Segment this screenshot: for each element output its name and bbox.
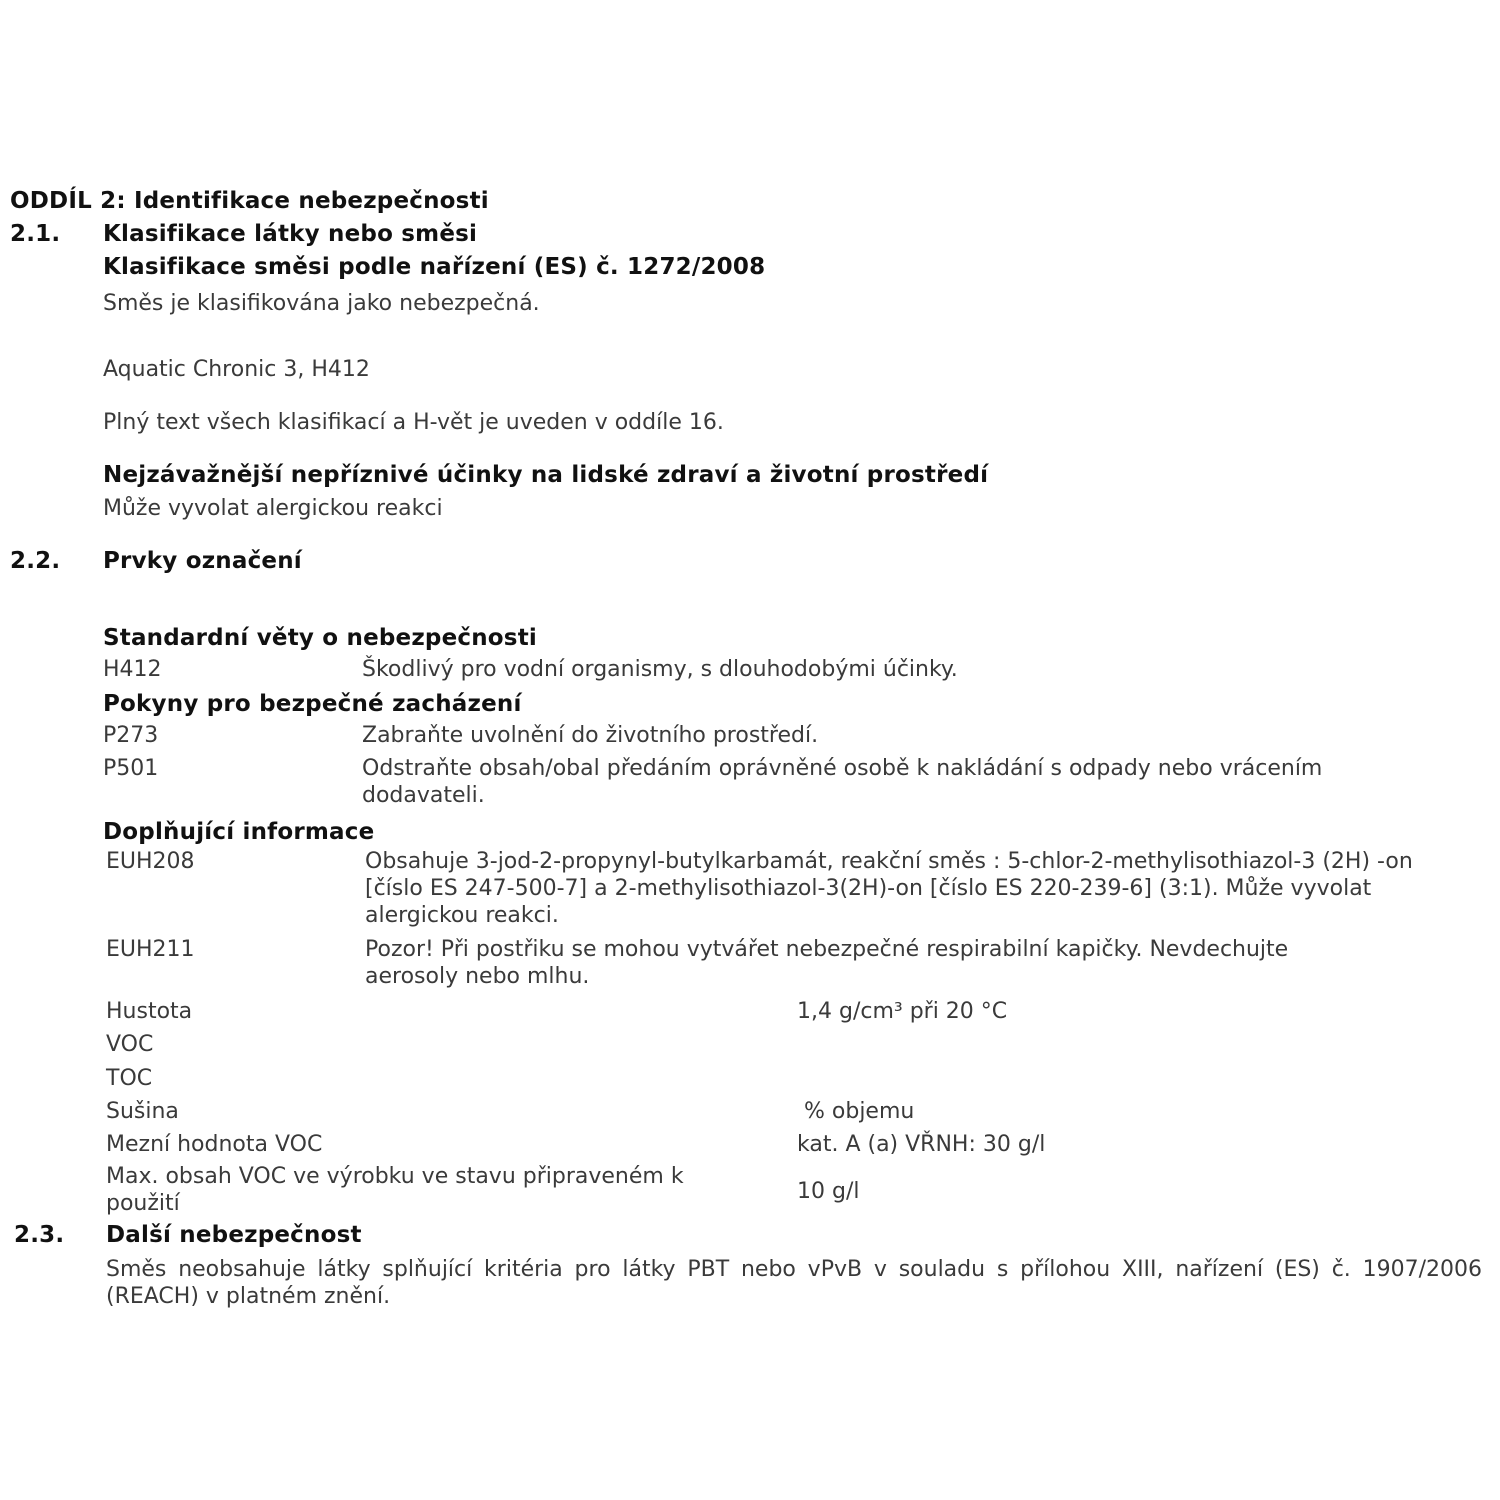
supplemental-heading: Doplňující informace [103,818,374,846]
fulltext-note: Plný text všech klasifikací a H-vět je u… [103,409,724,436]
classification-value: Aquatic Chronic 3, H412 [103,356,370,383]
classified-text: Směs je klasifikována jako nebezpečná. [103,290,540,317]
precautionary-heading: Pokyny pro bezpečné zacházení [103,690,522,718]
supplemental-code: EUH211 [106,936,195,963]
supplemental-text: Pozor! Při postřiku se mohou vytvářet ne… [365,936,1375,990]
property-value: % objemu [797,1098,914,1125]
property-label: TOC [106,1065,152,1092]
section-2-3-text: Směs neobsahuje látky splňující kritéria… [106,1256,1482,1310]
precaution-text: Odstraňte obsah/obal předáním oprávněné … [362,755,1392,809]
supplemental-code: EUH208 [106,848,195,875]
property-value: 10 g/l [797,1178,859,1205]
precaution-code: P501 [103,755,158,782]
precaution-code: P273 [103,722,158,749]
property-label: Hustota [106,998,192,1025]
property-value: kat. A (a) VŘNH: 30 g/l [797,1131,1045,1158]
section-2-1-number: 2.1. [10,220,60,248]
section-2-3-number: 2.3. [14,1221,64,1249]
precaution-text: Zabraňte uvolnění do životního prostředí… [362,722,818,749]
section-2-1-heading: Klasifikace látky nebo směsi [103,220,477,248]
section-2-3-heading: Další nebezpečnost [106,1221,362,1249]
property-label: VOC [106,1031,153,1058]
effects-text: Může vyvolat alergickou reakci [103,495,443,522]
hazard-code: H412 [103,656,162,683]
section-2-2-heading: Prvky označení [103,547,302,575]
property-label: Mezní hodnota VOC [106,1131,322,1158]
section-title: ODDÍL 2: Identifikace nebezpečnosti [10,187,489,215]
property-label: Max. obsah VOC ve výrobku ve stavu připr… [106,1163,746,1217]
supplemental-text: Obsahuje 3-jod-2-propynyl-butylkarbamát,… [365,848,1415,929]
hazard-text: Škodlivý pro vodní organismy, s dlouhodo… [362,656,958,683]
property-label: Sušina [106,1098,179,1125]
section-2-2-number: 2.2. [10,547,60,575]
effects-heading: Nejzávažnější nepříznivé účinky na lidsk… [103,461,988,489]
property-value: 1,4 g/cm³ při 20 °C [797,998,1007,1025]
classification-subheading: Klasifikace směsi podle nařízení (ES) č.… [103,253,765,281]
hazard-statements-heading: Standardní věty o nebezpečnosti [103,624,537,652]
